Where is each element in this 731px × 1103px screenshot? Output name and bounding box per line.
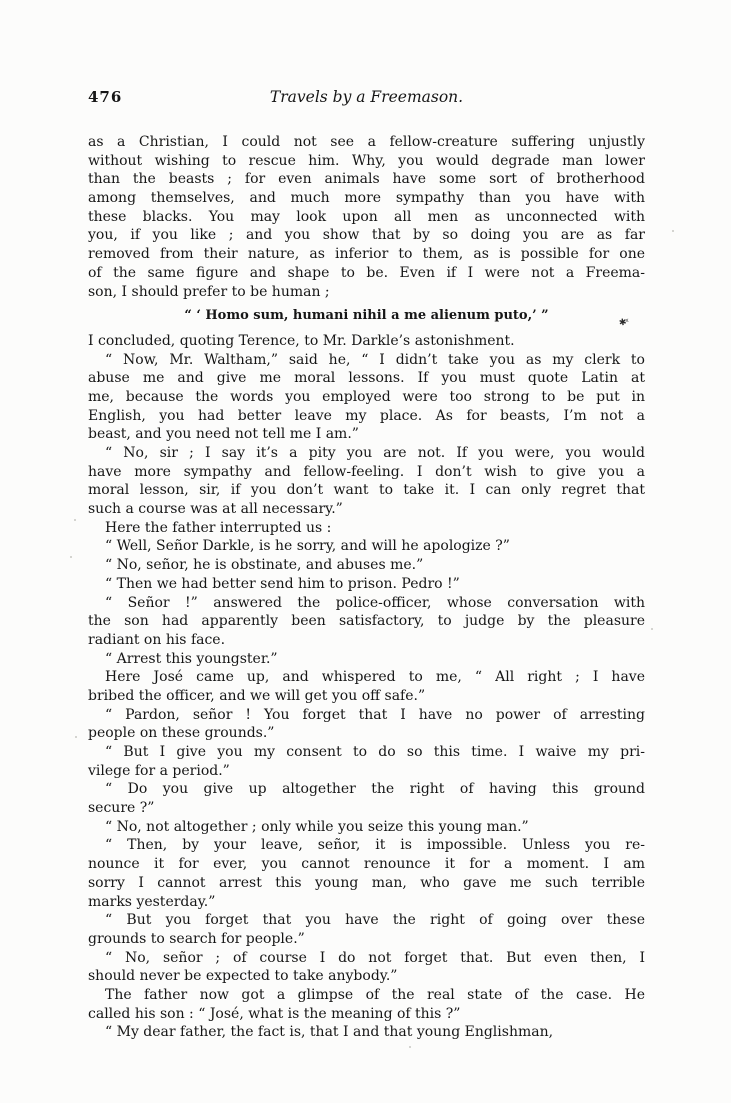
text-line: I concluded, quoting Terence, to Mr. Dar… [88,332,645,351]
dialogue-paragraph: “ Pardon, señor ! You forget that I have… [88,706,645,743]
text-line: such a course was at all necessary.” [88,500,645,519]
text-line: without wishing to rescue him. Why, you … [88,152,645,171]
continuation-paragraph: as a Christian, I could not see a fellow… [88,133,645,301]
dialogue-paragraph: “ Then we had better send him to prison.… [88,575,645,594]
narrative-paragraph: Here José came up, and whispered to me, … [88,668,645,705]
body-text: as a Christian, I could not see a fellow… [88,133,645,1042]
text-line: people on these grounds.” [88,724,645,743]
text-line: you, if you like ; and you show that by … [88,226,645,245]
text-line: “ No, sir ; I say it’s a pity you are no… [88,444,645,463]
text-line: “ No, señor ; of course I do not forget … [88,949,645,968]
text-line: “ Pardon, señor ! You forget that I have… [88,706,645,725]
narrative-paragraph: Here the father interrupted us : [88,519,645,538]
text-line: of the same figure and shape to be. Even… [88,264,645,283]
page-number: 476 [88,88,158,106]
text-line: marks yesterday.” [88,893,645,912]
text-line: “ ‘ Homo sum, humani nihil a me alienum … [88,307,645,326]
narrative-paragraph: The father now got a glimpse of the real… [88,986,645,1023]
dialogue-paragraph: “ No, señor ; of course I do not forget … [88,949,645,986]
scan-speck [672,230,674,232]
text-line: among themselves, and much more sympathy… [88,189,645,208]
ink-smudge-mark: ✱ˣ [618,317,629,328]
dialogue-paragraph: “ No, sir ; I say it’s a pity you are no… [88,444,645,519]
dialogue-paragraph: “ No, señor, he is obstinate, and abuses… [88,556,645,575]
text-line: “ No, señor, he is obstinate, and abuses… [88,556,645,575]
scan-speck [70,556,72,558]
text-line: these blacks. You may look upon all men … [88,208,645,227]
text-line: “ My dear father, the fact is, that I an… [88,1023,645,1042]
text-line: “ Señor !” answered the police-officer, … [88,594,645,613]
text-line: than the beasts ; for even animals have … [88,170,645,189]
text-line: nounce it for ever, you cannot renounce … [88,855,645,874]
text-line: beast, and you need not tell me I am.” [88,425,645,444]
dialogue-paragraph: “ But you forget that you have the right… [88,911,645,948]
text-line: “ Then, by your leave, señor, it is impo… [88,836,645,855]
scan-speck [651,628,653,630]
text-line: the son had apparently been satisfactory… [88,612,645,631]
dialogue-paragraph: “ Arrest this youngster.” [88,650,645,669]
dialogue-paragraph: “ Señor !” answered the police-officer, … [88,594,645,650]
latin-quotation: “ ‘ Homo sum, humani nihil a me alienum … [88,307,645,326]
dialogue-paragraph: “ Well, Señor Darkle, is he sorry, and w… [88,537,645,556]
text-line: “ Arrest this youngster.” [88,650,645,669]
text-line: bribed the officer, and we will get you … [88,687,645,706]
dialogue-paragraph: “ Now, Mr. Waltham,” said he, “ I didn’t… [88,351,645,444]
text-line: secure ?” [88,799,645,818]
text-line: radiant on his face. [88,631,645,650]
dialogue-paragraph: “ No, not altogether ; only while you se… [88,818,645,837]
text-line: “ But you forget that you have the right… [88,911,645,930]
text-line: removed from their nature, as inferior t… [88,245,645,264]
text-line: “ Now, Mr. Waltham,” said he, “ I didn’t… [88,351,645,370]
text-line: son, I should prefer to be human ; [88,283,645,302]
text-line: called his son : “ José, what is the mea… [88,1005,645,1024]
text-line: “ No, not altogether ; only while you se… [88,818,645,837]
text-line: Here José came up, and whispered to me, … [88,668,645,687]
text-line: The father now got a glimpse of the real… [88,986,645,1005]
dialogue-paragraph: “ My dear father, the fact is, that I an… [88,1023,645,1042]
page-content: 476 Travels by a Freemason. as a Christi… [88,88,645,1042]
book-page: 476 Travels by a Freemason. as a Christi… [0,0,731,1103]
text-line: Here the father interrupted us : [88,519,645,538]
text-line: have more sympathy and fellow-feeling. I… [88,463,645,482]
text-line: abuse me and give me moral lessons. If y… [88,369,645,388]
scan-speck [409,1046,411,1048]
page-header: 476 Travels by a Freemason. [88,88,645,108]
attribution-paragraph: I concluded, quoting Terence, to Mr. Dar… [88,332,645,351]
scan-speck [75,736,77,738]
text-line: moral lesson, sir, if you don’t want to … [88,481,645,500]
text-line: vilege for a period.” [88,762,645,781]
text-line: me, because the words you employed were … [88,388,645,407]
scan-speck [74,519,76,521]
dialogue-paragraph: “ Then, by your leave, señor, it is impo… [88,836,645,911]
dialogue-paragraph: “ But I give you my consent to do so thi… [88,743,645,780]
running-title: Travels by a Freemason. [158,88,575,106]
text-line: as a Christian, I could not see a fellow… [88,133,645,152]
text-line: “ Well, Señor Darkle, is he sorry, and w… [88,537,645,556]
text-line: English, you had better leave my place. … [88,407,645,426]
text-line: “ Then we had better send him to prison.… [88,575,645,594]
text-line: “ But I give you my consent to do so thi… [88,743,645,762]
dialogue-paragraph: “ Do you give up altogether the right of… [88,780,645,817]
text-line: should never be expected to take anybody… [88,967,645,986]
text-line: sorry I cannot arrest this young man, wh… [88,874,645,893]
text-line: “ Do you give up altogether the right of… [88,780,645,799]
text-line: grounds to search for people.” [88,930,645,949]
